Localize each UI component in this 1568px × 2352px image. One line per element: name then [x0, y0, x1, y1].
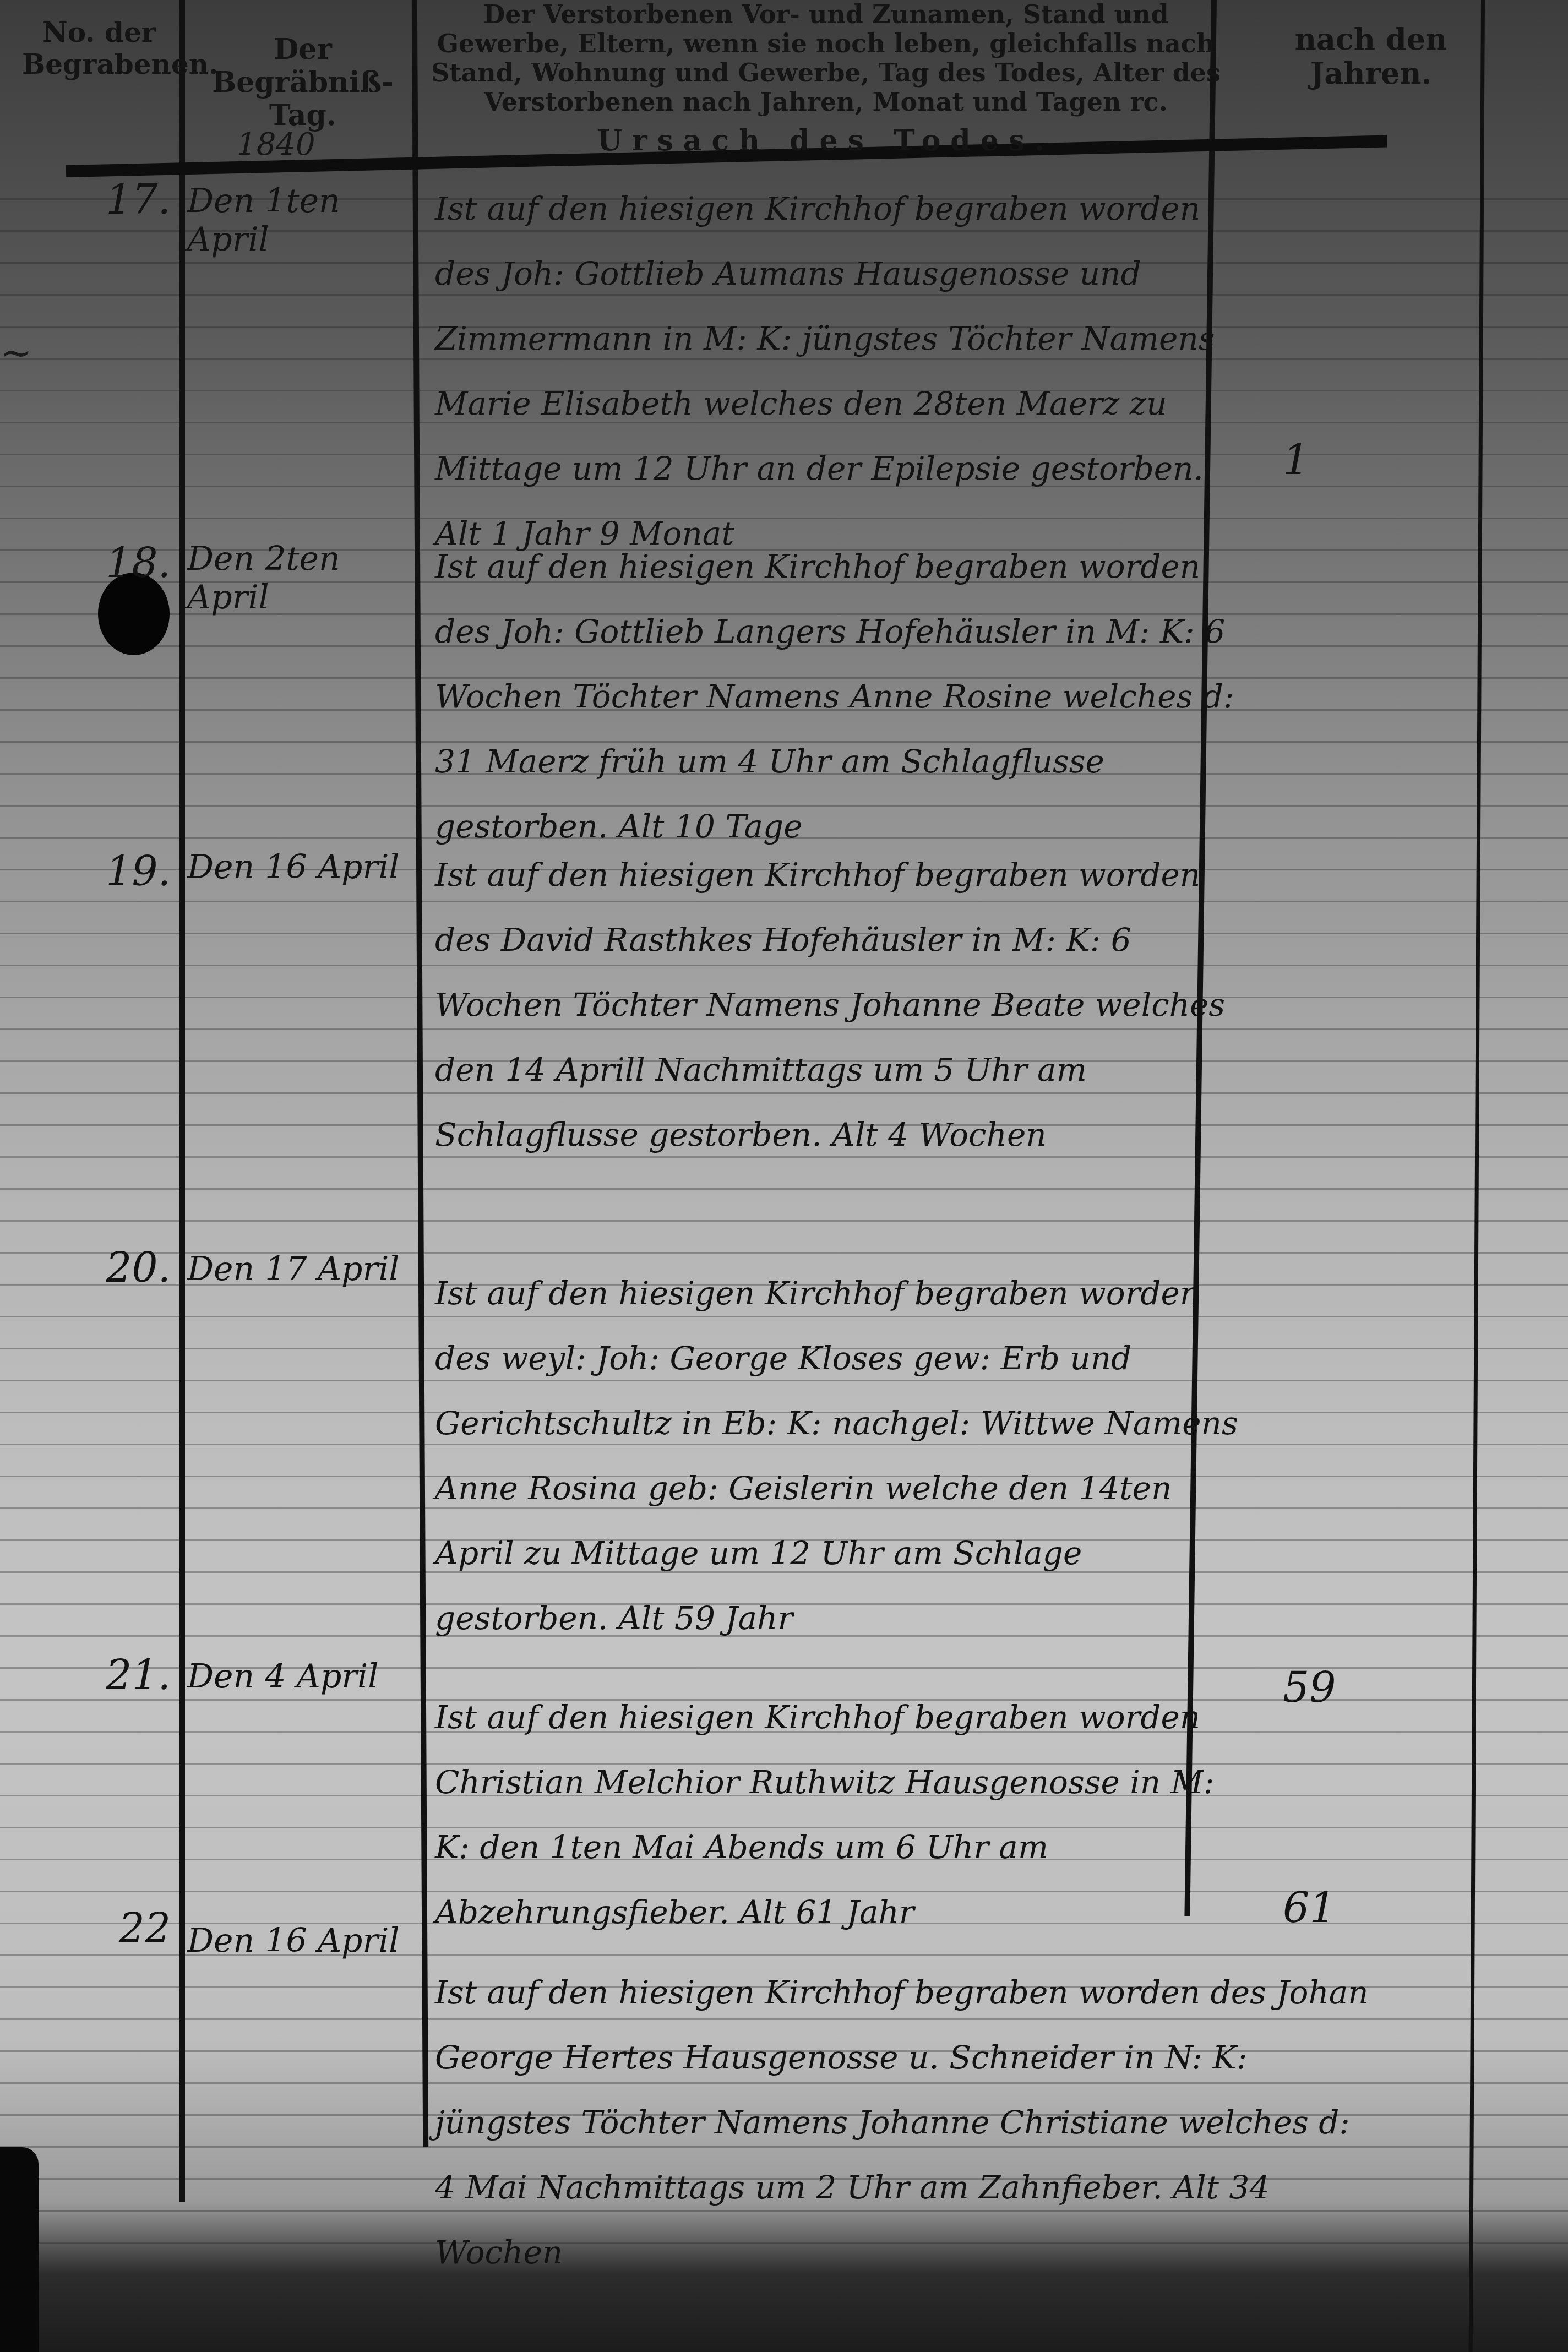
- header-cause: Ursach des Todes.: [429, 124, 1222, 157]
- entry-age: 1: [1283, 435, 1492, 484]
- header-age: nach den Jahren.: [1250, 22, 1492, 90]
- entry-text: Ist auf den hiesigen Kirchhof begraben w…: [435, 1261, 1244, 1657]
- entry-date: Den 4 April: [187, 1657, 418, 1696]
- entry-age: 61: [1283, 1883, 1492, 1932]
- entry-number: 22: [77, 1905, 171, 1952]
- entry-text: Ist auf den hiesigen Kirchhof begraben w…: [435, 534, 1244, 842]
- entry-number: 19.: [77, 848, 171, 895]
- entry-date: Den 1ten April: [187, 182, 418, 259]
- page-edge-shadow: [0, 2147, 39, 2352]
- column-divider-4: [1469, 0, 1485, 2352]
- header-details: Der Verstorbenen Vor- und Zunamen, Stand…: [429, 0, 1222, 157]
- column-divider-1: [179, 0, 185, 2202]
- column-divider-2: [412, 0, 428, 2147]
- entry-date: Den 17 April: [187, 1250, 418, 1288]
- entry-text: Ist auf den hiesigen Kirchhof begraben w…: [435, 176, 1244, 529]
- entry-number: 18.: [77, 540, 171, 587]
- entry-number: 21.: [77, 1652, 171, 1699]
- entry-number: 17.: [77, 176, 171, 224]
- register-page: No. der Begrabenen. Der Begräbniß-Tag. 1…: [0, 0, 1568, 2352]
- margin-mark: ~: [0, 330, 32, 375]
- entry-number: 20.: [77, 1244, 171, 1292]
- entry-text: Ist auf den hiesigen Kirchhof begraben w…: [435, 1685, 1244, 1949]
- entry-date: Den 2ten April: [187, 540, 418, 617]
- header-year: 1840: [237, 127, 315, 162]
- header-number: No. der Begrabenen.: [22, 17, 176, 80]
- entry-age: 59: [1283, 1663, 1492, 1712]
- entry-date: Den 16 April: [187, 1921, 418, 1960]
- entry-text: Ist auf den hiesigen Kirchhof begraben w…: [435, 1960, 1371, 2268]
- entry-text: Ist auf den hiesigen Kirchhof begraben w…: [435, 842, 1244, 1239]
- header-burial-date: Der Begräbniß-Tag.: [187, 33, 418, 132]
- entry-date: Den 16 April: [187, 848, 418, 886]
- header-details-text: Der Verstorbenen Vor- und Zunamen, Stand…: [429, 0, 1222, 117]
